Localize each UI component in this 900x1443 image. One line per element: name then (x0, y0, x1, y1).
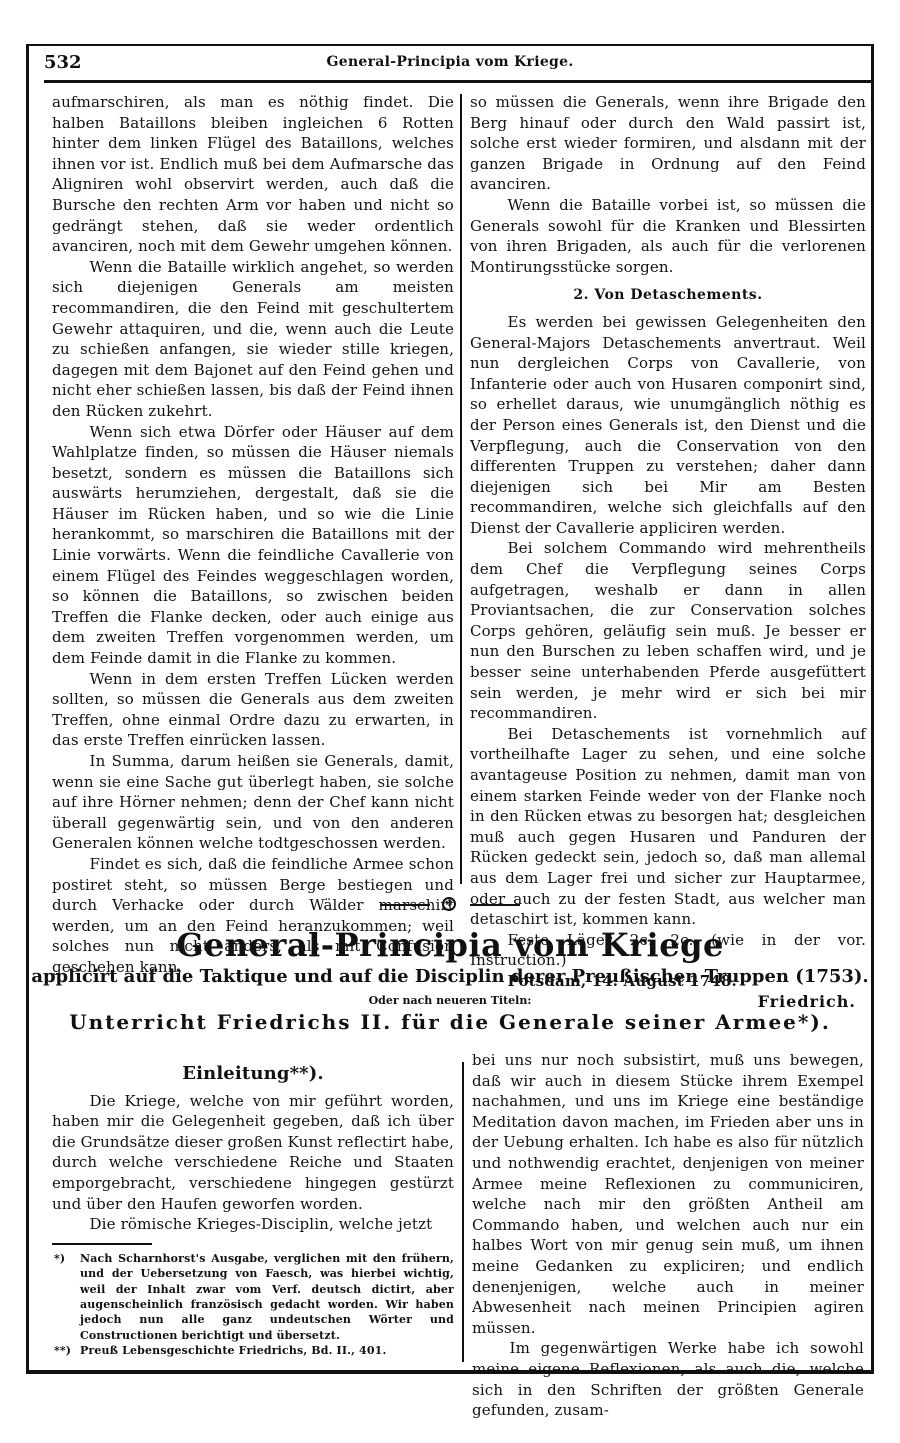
left-column-bottom: Einleitung**). Die Kriege, welche von mi… (52, 1064, 454, 1359)
right-column-top: so müssen die Generals, wenn ihre Brigad… (470, 92, 866, 1012)
right-column-bottom: bei uns nur noch subsistirt, muß uns bew… (472, 1050, 864, 1421)
ornament-bar-right (470, 904, 520, 906)
paragraph: aufmarschiren, als man es nöthig findet.… (52, 92, 454, 257)
paragraph: Bei solchem Commando wird mehrentheils d… (470, 538, 866, 723)
footnote-mark: *) (54, 1251, 80, 1266)
running-title: General-Principia vom Kriege. (44, 54, 856, 70)
ornament-bar-left (380, 904, 430, 906)
column-divider-bottom (462, 1062, 464, 1362)
fleuron-divider-icon: ✻ (380, 897, 520, 913)
footnote: *)Nach Scharnhorst's Ausgabe, verglichen… (52, 1251, 454, 1343)
section-heading: 2. Von Detaschements. (470, 285, 866, 306)
alt-title-intro: Oder nach neueren Titeln: (0, 994, 900, 1007)
footnote-rule (52, 1243, 152, 1245)
paragraph: Wenn in dem ersten Treffen Lücken werden… (52, 669, 454, 751)
paragraph: Es werden bei gewissen Gelegenheiten den… (470, 312, 866, 539)
subtitle: applicirt auf die Taktique und auf die D… (0, 966, 900, 987)
footnote: **)Preuß Lebensgeschichte Friedrichs, Bd… (52, 1343, 454, 1358)
paragraph: Bei Detaschements ist vornehmlich auf vo… (470, 724, 866, 930)
ornament-knot-icon: ✻ (442, 897, 456, 911)
introduction-heading: Einleitung**). (52, 1064, 454, 1085)
paragraph: Wenn sich etwa Dörfer oder Häuser auf de… (52, 422, 454, 669)
paragraph: so müssen die Generals, wenn ihre Brigad… (470, 92, 866, 195)
alt-title: Unterricht Friedrichs II. für die Genera… (0, 1010, 900, 1034)
column-divider-top (460, 94, 462, 884)
left-column-top: aufmarschiren, als man es nöthig findet.… (52, 92, 454, 978)
paragraph: Wenn die Bataille wirklich angehet, so w… (52, 257, 454, 422)
paragraph: In Summa, darum heißen sie Generals, dam… (52, 751, 454, 854)
header-rule (44, 80, 874, 83)
main-title: General-Principia vom Kriege (0, 926, 900, 964)
paragraph: bei uns nur noch subsistirt, muß uns bew… (472, 1050, 864, 1338)
paragraph: Die Kriege, welche von mir geführt worde… (52, 1091, 454, 1215)
footnote-mark: **) (54, 1343, 80, 1358)
paragraph: Im gegenwärtigen Werke habe ich sowohl m… (472, 1338, 864, 1420)
paragraph: Die römische Krieges-Disciplin, welche j… (52, 1214, 454, 1235)
footnote-text: Preuß Lebensgeschichte Friedrichs, Bd. I… (80, 1344, 386, 1357)
running-head: 532 General-Principia vom Kriege. (44, 52, 856, 76)
footnote-text: Nach Scharnhorst's Ausgabe, verglichen m… (80, 1252, 454, 1342)
paragraph: Wenn die Bataille vorbei ist, so müssen … (470, 195, 866, 277)
